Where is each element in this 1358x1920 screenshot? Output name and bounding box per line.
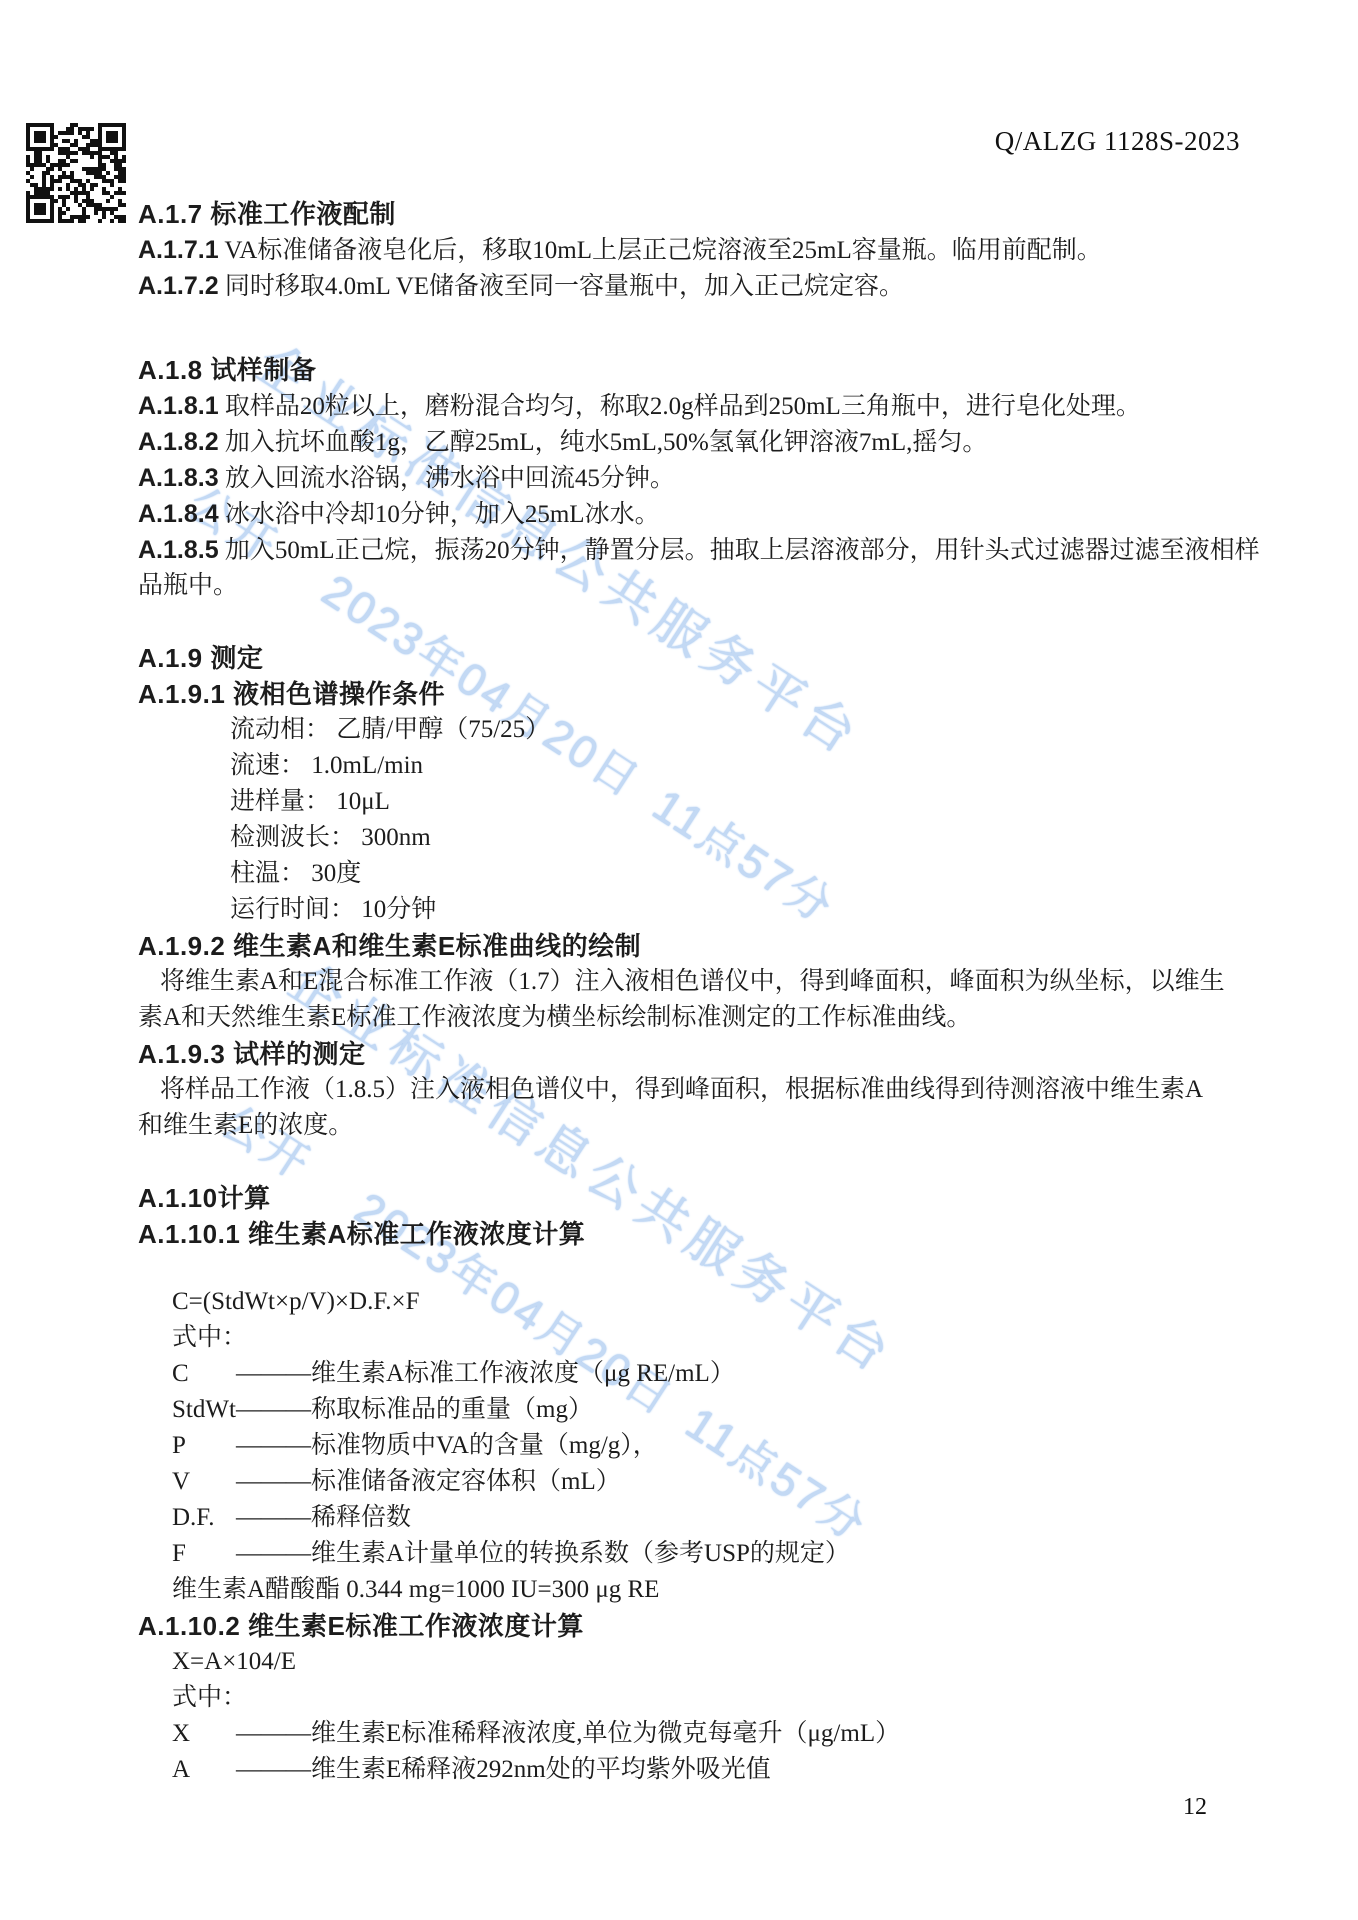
variable-definition: ———稀释倍数 [236,1504,411,1531]
qr-code-icon [26,123,126,223]
text-line: A.1.8.5 加入50mL正己烷，振荡20分钟，静置分层。抽取上层溶液部分，用… [138,532,1248,568]
text-line: 柱温： 30度 [138,856,1248,892]
variable-definition: ———维生素E稀释液292nm处的平均紫外吸光值 [236,1756,771,1783]
document-page: Q/ALZG 1128S-2023 企业标准信息公共服务平台 公开2023年04… [0,0,1358,1920]
variable-term: F [172,1536,236,1572]
text-line: 将样品工作液（1.8.5）注入液相色谱仪中，得到峰面积，根据标准曲线得到待测溶液… [138,1072,1248,1108]
text-line: A.1.8.1 取样品20粒以上，磨粉混合均匀，称取2.0g样品到250mL三角… [138,388,1248,424]
clause-number: A.1.8.3 [138,464,219,492]
text-line: 进样量： 10μL [138,784,1248,820]
text-line: 检测波长： 300nm [138,820,1248,856]
variable-term: C [172,1356,236,1392]
text-line: A.1.8.2 加入抗坏血酸1g，乙醇25mL，纯水5mL,50%氢氧化钾溶液7… [138,424,1248,460]
section-heading: A.1.10计算 [138,1180,1248,1216]
text-line: V———标准储备液定容体积（mL） [138,1464,1248,1500]
variable-definition: ———称取标准品的重量（mg） [236,1396,593,1423]
text-line: StdWt———称取标准品的重量（mg） [138,1392,1248,1428]
text-line: 运行时间： 10分钟 [138,892,1248,928]
text-line: D.F.———稀释倍数 [138,1500,1248,1536]
text-line: 流速： 1.0mL/min [138,748,1248,784]
text-line: C———维生素A标准工作液浓度（μg RE/mL） [138,1356,1248,1392]
text-line: 流动相： 乙腈/甲醇（75/25） [138,712,1248,748]
clause-number: A.1.8.2 [138,428,219,456]
variable-term: StdWt [172,1392,236,1428]
spacer [138,1144,1248,1180]
clause-number: A.1.7.2 [138,272,219,300]
text-line: A.1.7.2 同时移取4.0mL VE储备液至同一容量瓶中，加入正己烷定容。 [138,268,1248,304]
text-line: 素A和天然维生素E标准工作液浓度为横坐标绘制标准测定的工作标准曲线。 [138,1000,1248,1036]
text-line: 品瓶中。 [138,568,1248,604]
variable-term: V [172,1464,236,1500]
text-line: 维生素A醋酸酯 0.344 mg=1000 IU=300 μg RE [138,1572,1248,1608]
variable-definition: ———维生素A计量单位的转换系数（参考USP的规定） [236,1540,850,1567]
variable-term: P [172,1428,236,1464]
variable-term: X [172,1716,236,1752]
variable-definition: ———标准储备液定容体积（mL） [236,1468,621,1495]
document-code: Q/ALZG 1128S-2023 [995,126,1240,157]
spacer [138,304,1248,352]
text-line: 式中： [138,1320,1248,1356]
section-heading: A.1.9 测定 [138,640,1248,676]
section-heading: A.1.9.2 维生素A和维生素E标准曲线的绘制 [138,928,1248,964]
section-heading: A.1.10.2 维生素E标准工作液浓度计算 [138,1608,1248,1644]
text-line: 和维生素E的浓度。 [138,1108,1248,1144]
text-line: F———维生素A计量单位的转换系数（参考USP的规定） [138,1536,1248,1572]
text-line: X———维生素E标准稀释液浓度,单位为微克每毫升（μg/mL） [138,1716,1248,1752]
clause-number: A.1.8.5 [138,536,219,564]
text-line: X=A×104/E [138,1644,1248,1680]
variable-definition: ———标准物质中VA的含量（mg/g）， [236,1432,658,1459]
clause-number: A.1.8.1 [138,392,219,420]
text-line: A———维生素E稀释液292nm处的平均紫外吸光值 [138,1752,1248,1788]
text-line: A.1.8.4 冰水浴中冷却10分钟，加入25mL冰水。 [138,496,1248,532]
section-heading: A.1.9.3 试样的测定 [138,1036,1248,1072]
text-line: A.1.7.1 VA标准储备液皂化后，移取10mL上层正己烷溶液至25mL容量瓶… [138,232,1248,268]
spacer [138,604,1248,640]
clause-number: A.1.8.4 [138,500,219,528]
variable-definition: ———维生素A标准工作液浓度（μg RE/mL） [236,1360,735,1387]
text-line: C=(StdWt×p/V)×D.F.×F [138,1284,1248,1320]
clause-number: A.1.7.1 [138,236,219,264]
text-line: 将维生素A和E混合标准工作液（1.7）注入液相色谱仪中，得到峰面积，峰面积为纵坐… [138,964,1248,1000]
text-line: 式中： [138,1680,1248,1716]
section-heading: A.1.7 标准工作液配制 [138,196,1248,232]
variable-definition: ———维生素E标准稀释液浓度,单位为微克每毫升（μg/mL） [236,1720,900,1747]
document-body: A.1.7 标准工作液配制A.1.7.1 VA标准储备液皂化后，移取10mL上层… [138,196,1248,1788]
text-line: P———标准物质中VA的含量（mg/g）， [138,1428,1248,1464]
page-number: 12 [1183,1794,1207,1821]
variable-term: A [172,1752,236,1788]
section-heading: A.1.10.1 维生素A标准工作液浓度计算 [138,1216,1248,1252]
variable-term: D.F. [172,1500,236,1536]
section-heading: A.1.8 试样制备 [138,352,1248,388]
spacer [138,1252,1248,1284]
text-line: A.1.8.3 放入回流水浴锅，沸水浴中回流45分钟。 [138,460,1248,496]
section-heading: A.1.9.1 液相色谱操作条件 [138,676,1248,712]
